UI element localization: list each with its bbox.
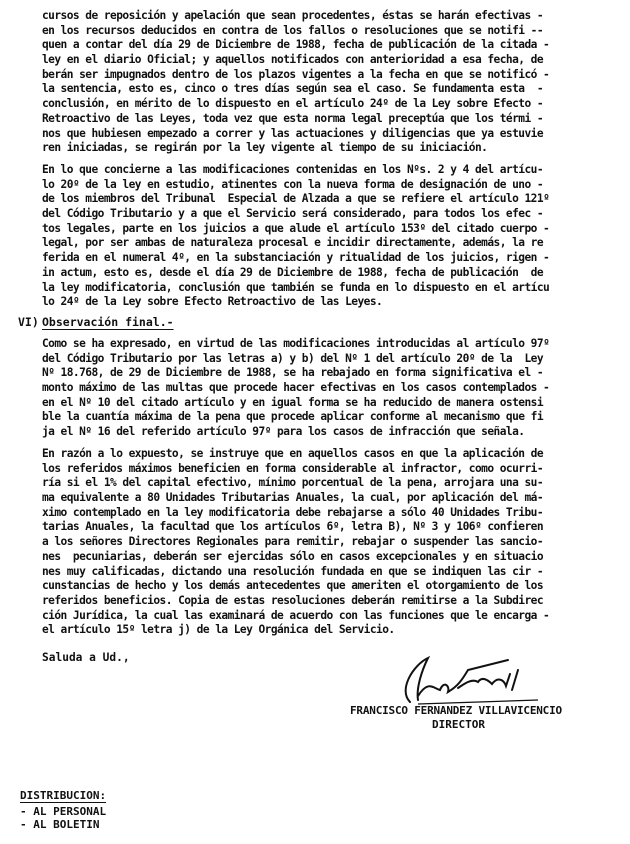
text-line: la ley modificatoria, conclusión que tam… [42, 281, 612, 296]
distribution-item: - AL BOLETIN [20, 819, 106, 832]
text-line: Retroactivo de las Leyes, toda vez que e… [42, 112, 612, 127]
paragraph-intro-continuation: cursos de reposición y apelación que sea… [42, 9, 612, 156]
text-line: conclusión, en mérito de lo dispuesto en… [42, 97, 612, 112]
text-line: ximo contemplado en la ley modificatoria… [42, 506, 612, 521]
text-line: ren iniciadas, se regirán por la ley vig… [42, 141, 612, 156]
paragraph-modifications: En lo que concierne a las modificaciones… [42, 163, 612, 310]
text-line: referidos beneficios. Copia de estas res… [42, 594, 612, 609]
text-line: legal, por ser ambas de naturaleza proce… [42, 236, 612, 251]
signatory-name: FRANCISCO FERNANDEZ VILLAVICENCIO [350, 704, 562, 717]
text-line: monto máximo de las multas que procede h… [42, 381, 612, 396]
text-line: el artículo 15º letra j) de la Ley Orgán… [42, 623, 612, 638]
text-line: tarias Anuales, la facultad que los artí… [42, 520, 612, 535]
text-line: nes pecuniarias, deberán ser ejercidas s… [42, 550, 612, 565]
distribution-list: - AL PERSONAL - AL BOLETIN [20, 806, 106, 831]
text-line: berán ser impugnados dentro de los plazo… [42, 68, 612, 83]
text-line: quen a contar del día 29 de Diciembre de… [42, 38, 612, 53]
text-line: ley en el diario Oficial; y aquellos not… [42, 53, 612, 68]
text-line: la sentencia, esto es, cinco o tres días… [42, 82, 612, 97]
distribution-title: DISTRIBUCION: [20, 789, 106, 802]
text-line: tos legales, parte en los juicios a que … [42, 222, 612, 237]
text-line: Como se ha expresado, en virtud de las m… [42, 337, 612, 352]
text-line: lo 20º de la ley en estudio, atinentes c… [42, 178, 612, 193]
paragraph-final-observation-1: Como se ha expresado, en virtud de las m… [42, 337, 612, 440]
text-line: in actum, esto es, desde el día 29 de Di… [42, 266, 612, 281]
text-line: En razón a lo expuesto, se instruye que … [42, 447, 612, 462]
text-line: en el Nº 10 del citado artículo y en igu… [42, 396, 612, 411]
text-line: a los señores Directores Regionales para… [42, 535, 612, 550]
text-line: en los recursos deducidos en contra de l… [42, 24, 612, 39]
text-line: En lo que concierne a las modificaciones… [42, 163, 612, 178]
text-line: del Código Tributario por las letras a) … [42, 352, 612, 367]
text-line: cunstancias de hecho y los demás anteced… [42, 579, 612, 594]
text-line: ría si el 1% del capital efectivo, mínim… [42, 476, 612, 491]
text-line: cursos de reposición y apelación que sea… [42, 9, 612, 24]
closing-salutation: Saluda a Ud., [42, 651, 130, 664]
text-line: ja el Nº 16 del referido artículo 97º pa… [42, 425, 612, 440]
section-number: VI) [18, 315, 39, 329]
paragraph-final-observation-2: En razón a lo expuesto, se instruye que … [42, 447, 612, 638]
text-line: de los miembros del Tribunal Especial de… [42, 192, 612, 207]
text-line: los referidos máximos beneficien en form… [42, 462, 612, 477]
text-line: nos que hubiesen empezado a correr y las… [42, 127, 612, 142]
text-line: ción Jurídica, la cual las examinará de … [42, 609, 612, 624]
section-title: Observación final.- [42, 315, 174, 329]
text-line: Nº 18.768, de 29 de Diciembre de 1988, s… [42, 366, 612, 381]
signatory-title: DIRECTOR [432, 718, 485, 731]
text-line: del Código Tributario y a que el Servici… [42, 207, 612, 222]
text-line: ble la cuantía máxima de la pena que pro… [42, 410, 612, 425]
text-line: ferida en el numeral 4º, en la substanci… [42, 251, 612, 266]
text-line: nes muy calificadas, dictando una resolu… [42, 565, 612, 580]
text-line: ma equivalente a 80 Unidades Tributarias… [42, 491, 612, 506]
distribution-item: - AL PERSONAL [20, 806, 106, 819]
handwritten-signature [388, 650, 588, 710]
text-line: lo 24º de la Ley sobre Efecto Retroactiv… [42, 295, 612, 310]
